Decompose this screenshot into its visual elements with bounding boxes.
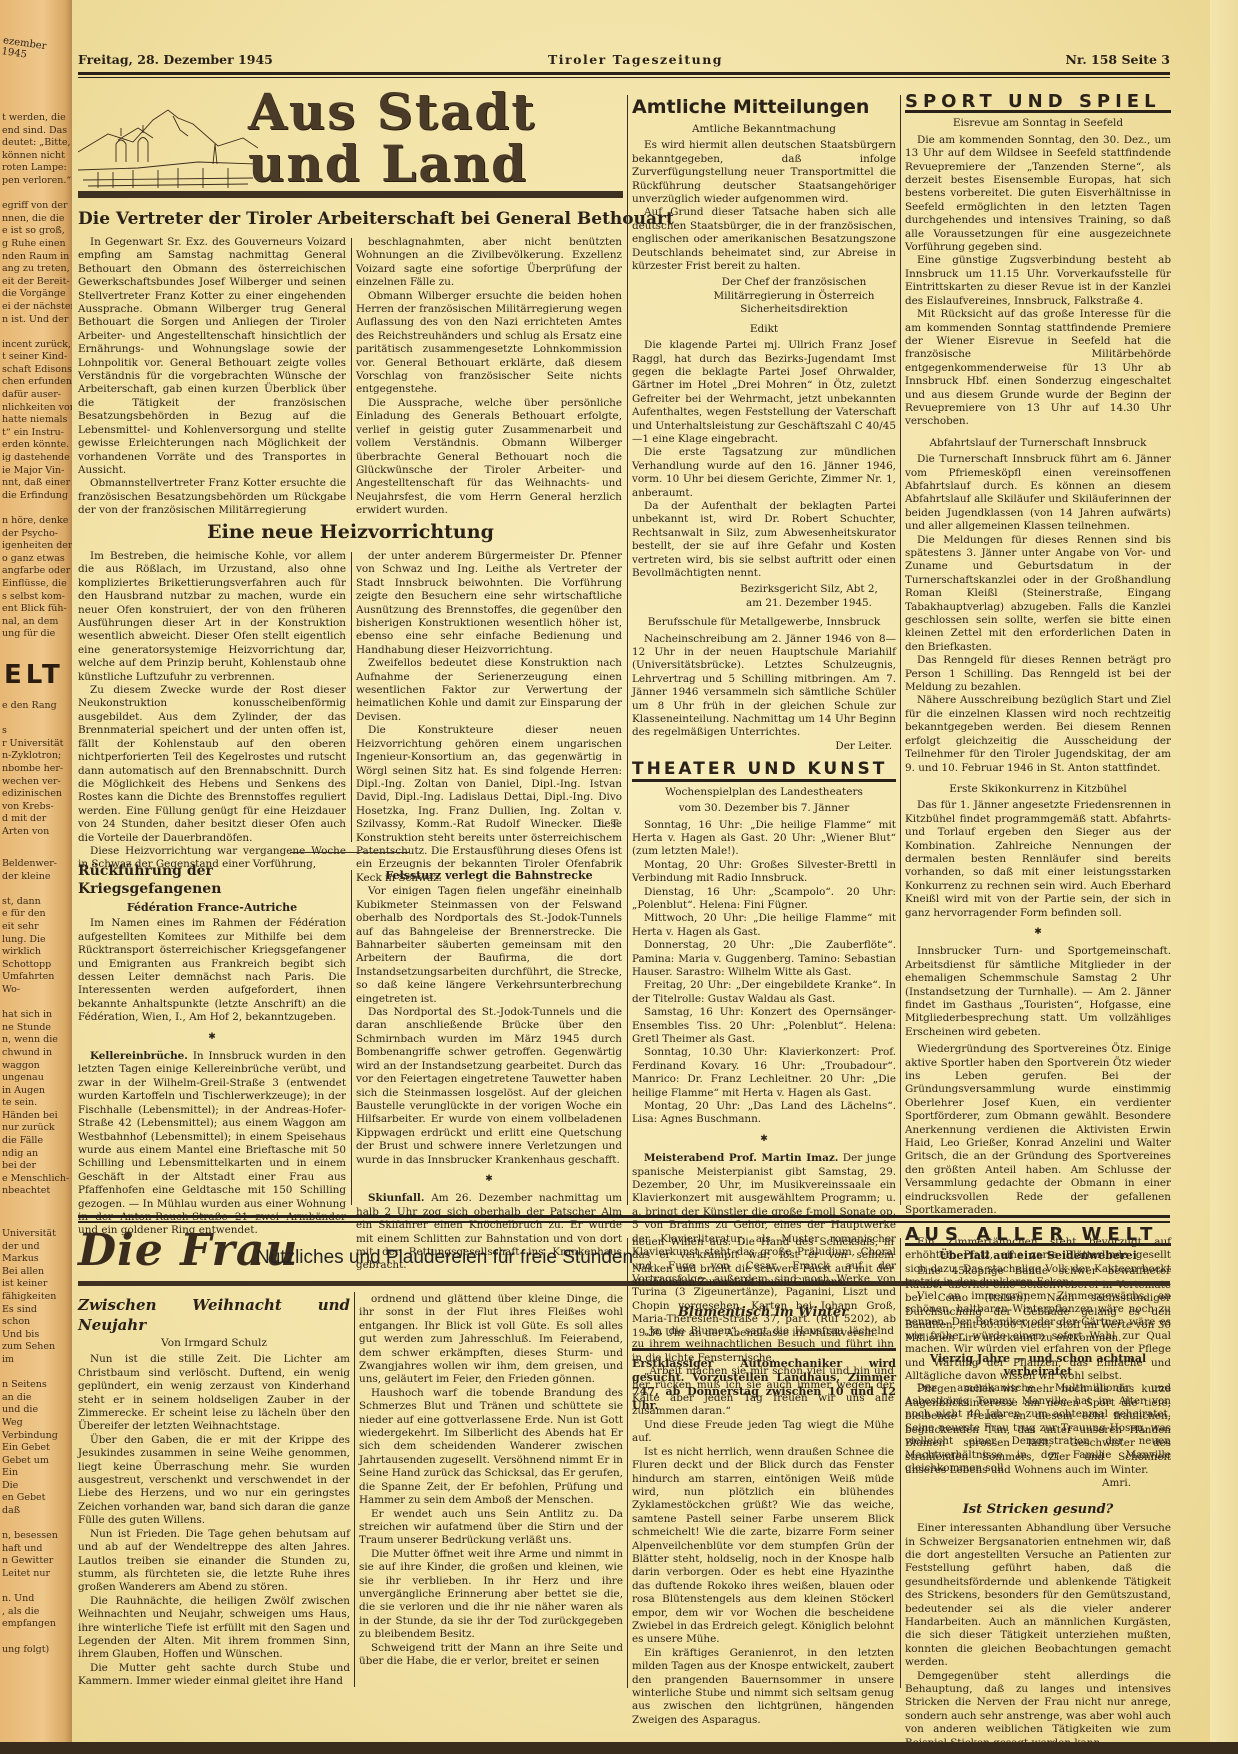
paragraph: Das Nordportal des St.-Jodok-Tunnels und… <box>356 1006 622 1167</box>
gutter-line: ang zu treten, <box>0 263 72 276</box>
lead: Meisterabend Prof. Martin Imaz. <box>644 1152 838 1164</box>
paragraph: Die Aussprache, welche über persönliche … <box>356 397 622 518</box>
gutter-line: e ist so groß, <box>0 225 72 238</box>
subhead-plan-range: vom 30. Dezember bis 7. Jänner <box>632 802 896 815</box>
paragraph: Ein kräftiges Geranienrot, in den letzte… <box>632 1647 894 1727</box>
gutter-line <box>0 326 72 339</box>
gutter-line: an die <box>0 1392 72 1405</box>
edikt-signature: Bezirksgericht Silz, Abt 2,am 21. Dezemb… <box>722 583 896 610</box>
headline-weihnacht: Zwischen Weihnacht und Neujahr <box>78 1295 350 1335</box>
paragraph: ordnend und glättend über kleine Dinge, … <box>359 1293 623 1387</box>
gutter-line: ne Stunde <box>0 1022 72 1035</box>
page-bottom-edge <box>0 1742 1238 1754</box>
headline-amtliche: Amtliche Mitteilungen <box>632 95 896 119</box>
paragraph: Es wird hiermit allen deutschen Staatsbü… <box>632 139 896 206</box>
gutter-line: hatte niemals <box>0 414 72 427</box>
gutter-line: ndig an <box>0 1148 72 1161</box>
gutter-line: Wo- <box>0 984 72 997</box>
headline-bethouart: Die Vertreter der Tiroler Arbeiterschaft… <box>78 208 623 230</box>
headline-theater: THEATER UND KUNST <box>632 763 896 781</box>
gutter-line: t“ ein Instru- <box>0 427 72 440</box>
article-heizung-col1: Im Bestreben, die heimische Kohle, vor a… <box>78 550 346 872</box>
paragraph: Zu diesem Zwecke wurde der Rost dieser N… <box>78 684 346 845</box>
gutter-line: ie Major Vin- <box>0 465 72 478</box>
gutter-line <box>0 997 72 1010</box>
gutter-line: Beldenwer- <box>0 858 72 871</box>
subhead-bekanntmachung: Amtliche Bekanntmachung <box>632 123 896 136</box>
gutter-line: angfarbe oder <box>0 565 72 578</box>
newspaper-name: Tiroler Tageszeitung <box>548 52 723 67</box>
gutter-line: Einflüsse, die <box>0 578 72 591</box>
gutter-line: ist keiner <box>0 1278 72 1291</box>
gutter-line: te sein. <box>0 1097 72 1110</box>
gutter-line: n, besessen <box>0 1530 72 1543</box>
gutter-line <box>0 502 72 515</box>
issue-date: Freitag, 28. Dezember 1945 <box>78 52 273 67</box>
gutter-line: eit sehr <box>0 921 72 934</box>
column-rule <box>627 1238 628 1688</box>
paragraph: Die Mutter geht sachte durch Stube und K… <box>78 1662 350 1689</box>
gutter-date: ezember 1945 <box>1 35 72 67</box>
paragraph: In Gegenwart Sr. Exz. des Gouverneurs Vo… <box>78 236 346 477</box>
subhead-eisrevue: Eisrevue am Sonntag in Seefeld <box>905 117 1171 130</box>
previous-page-gutter: ezember 1945 t werden, dieend sind. Dasd… <box>0 0 72 1754</box>
gutter-line: o ganz etwas <box>0 553 72 566</box>
paragraph: Mit Rücksicht auf das große Interesse fü… <box>905 308 1171 429</box>
gutter-line: n ist. Und der <box>0 314 72 327</box>
gutter-line: Schottopp <box>0 959 72 972</box>
paragraph: Einer interessanten Abhandlung über Vers… <box>905 1522 1171 1669</box>
gutter-line <box>0 1631 72 1644</box>
paragraph: Die Rauhnächte, die heiligen Zwölf zwisc… <box>78 1595 350 1662</box>
gutter-line: ung folgt) <box>0 1644 72 1657</box>
gutter-line <box>0 188 72 201</box>
paragraph: Ein Zimmertännchen steht bevorzugt auf e… <box>905 1236 1171 1290</box>
gutter-line: eit der Bereit- <box>0 276 72 289</box>
gutter-line: e für den <box>0 908 72 921</box>
gutter-line: chwund in <box>0 1047 72 1060</box>
gutter-line: Umfahrten <box>0 971 72 984</box>
oetz-body: Wiedergründung des Sportvereines Ötz. Ei… <box>905 1043 1171 1217</box>
gutter-line: s <box>0 725 72 738</box>
gutter-line: ent Blick füh- <box>0 603 72 616</box>
berufsschule-body: Nacheinschreibung am 2. Jänner 1946 von … <box>632 633 896 740</box>
separator-star: ✱ <box>78 1031 346 1044</box>
gutter-line: en Gebet <box>0 1492 72 1505</box>
edikt-body: Die klagende Partei mj. Ullrich Franz Jo… <box>632 339 896 580</box>
gutter-line: nur zurück <box>0 1122 72 1135</box>
section-banner-aus-stadt-und-land: Aus Stadt und Land <box>78 90 623 198</box>
gutter-line: empfangen <box>0 1618 72 1631</box>
gutter-line: bei der <box>0 1160 72 1173</box>
gutter-line: n Seitens <box>0 1379 72 1392</box>
lead: Skiunfall. <box>368 1192 424 1204</box>
gutter-line: fähigkeiten <box>0 1291 72 1304</box>
paragraph: der unter anderem Bürgermeister Dr. Pfen… <box>356 550 622 657</box>
column-rule <box>627 95 628 1205</box>
article-bethouart-col2: beschlagnahmten, aber nicht benützten Wo… <box>356 236 622 518</box>
separator-star: ✱ <box>905 926 1171 939</box>
article-kriegsgefangene: Rückführung der Kriegsgefangenen Fédérat… <box>78 862 346 1238</box>
subhead-berufsschule: Berufsschule für Metallgewerbe, Innsbruc… <box>632 616 896 629</box>
paragraph: Montag, 20 Uhr: Großes Silvester-Brettl … <box>632 859 896 886</box>
paragraph: Montag, 20 Uhr: „Das Land des Lächelns“.… <box>632 1100 896 1127</box>
paragraph: Nun ist die stille Zeit. Die Lichter am … <box>78 1353 350 1433</box>
body: In Innsbruck wurden in den letzten Tagen… <box>78 1050 346 1236</box>
gutter-line: hat sich in <box>0 1009 72 1022</box>
paragraph: Da der Aufenthalt der beklagten Partei u… <box>632 500 896 580</box>
column-rule <box>900 1238 901 1688</box>
gutter-line: haft und <box>0 1543 72 1556</box>
gutter-line: die Erfindung <box>0 490 72 503</box>
gutter-line: ei der nächsten <box>0 301 72 314</box>
article-weihnacht-col2: ordnend und glättend über kleine Dinge, … <box>359 1293 623 1668</box>
banner-title: Aus Stadt und Land <box>248 86 536 190</box>
masthead-rule <box>78 72 1170 78</box>
gutter-line: t seiner Kind- <box>0 351 72 364</box>
paragraph: Der Chef der französischen <box>692 276 896 289</box>
gutter-line: chen erfunden <box>0 376 72 389</box>
gutter-line: von Krebs- <box>0 801 72 814</box>
headline-kriegsgefangene: Rückführung der Kriegsgefangenen <box>78 862 346 898</box>
article-blumentisch-col4: Ein Zimmertännchen steht bevorzugt auf e… <box>905 1236 1171 1750</box>
headline-stricken: Ist Stricken gesund? <box>905 1503 1171 1516</box>
gutter-line: ung für die <box>0 628 72 641</box>
paragraph: Auf Grund dieser Tatsache haben sich all… <box>632 206 896 273</box>
paragraph: Die erste Tagsatzung zur mündlichen Verh… <box>632 446 896 500</box>
gutter-line: Verbindung <box>0 1430 72 1443</box>
paragraph: Zweifellos bedeutet diese Konstruktion n… <box>356 657 622 724</box>
paragraph: am 21. Dezember 1945. <box>722 597 896 610</box>
paragraph: Und diese Freude jeden Tag wiegt die Müh… <box>632 1419 894 1446</box>
paragraph: Die Konstrukteure dieser neuen Heizvorri… <box>356 724 622 885</box>
gutter-line: dafür auser- <box>0 389 72 402</box>
tsg-body: Innsbrucker Turn- und Sportgemeinschaft.… <box>905 945 1171 1039</box>
paragraph: Die Mutter öffnet weit ihre Arme und nim… <box>359 1548 623 1642</box>
byline: Von Irmgard Schulz <box>78 1337 350 1350</box>
gutter-welt-fragment: ELT <box>4 660 64 690</box>
gutter-line <box>0 1518 72 1531</box>
column-rule <box>351 870 352 1205</box>
gutter-text-a: t werden, dieend sind. Dasdeutet: „Bitte… <box>0 112 72 641</box>
gutter-line: Universität <box>0 1228 72 1241</box>
paragraph: „Ja, die Blumen“, sagt die Hausfrau läch… <box>632 1325 894 1365</box>
separator-star: ✱ <box>356 1173 622 1186</box>
paragraph: Das Renngeld für dieses Rennen beträgt p… <box>905 654 1171 694</box>
gutter-line: st, dann <box>0 896 72 909</box>
paragraph: Die Meldungen für dieses Rennen sind bis… <box>905 534 1171 655</box>
paragraph: Sonntag, 10.30 Uhr: Klavierkonzert: Prof… <box>632 1046 896 1100</box>
column-rule <box>351 238 352 500</box>
gutter-line: daß <box>0 1505 72 1518</box>
blumentisch-col3-body: „Ja, die Blumen“, sagt die Hausfrau läch… <box>632 1325 894 1727</box>
paragraph: Obmann Wilberger ersuchte die beiden hoh… <box>356 290 622 397</box>
felssturz-body: Vor einigen Tagen fielen ungefähr einein… <box>356 885 622 1167</box>
gutter-line: können nicht <box>0 150 72 163</box>
column-rule <box>354 1292 355 1687</box>
paragraph: Nun ist Frieden. Die Tage gehen behutsam… <box>78 1528 350 1595</box>
paragraph: Pflegen sollen wir mehr noch als das kur… <box>905 1383 1171 1477</box>
paragraph: Haushoch warf die tobende Brandung des S… <box>359 1387 623 1508</box>
gutter-line: edizinischen <box>0 788 72 801</box>
gutter-line: n. Und <box>0 1593 72 1606</box>
blumentisch-signature: Amri. <box>905 1477 1171 1490</box>
gutter-line: und die <box>0 1404 72 1417</box>
gutter-line: t werden, die <box>0 112 72 125</box>
article-keller: Kellereinbrüche. In Innsbruck wurden in … <box>78 1050 346 1238</box>
paragraph: Nähere Ausschreibung bezüglich Start und… <box>905 694 1171 774</box>
gutter-line: schon <box>0 1316 72 1329</box>
stricken-body: Einer interessanten Abhandlung über Vers… <box>905 1522 1171 1750</box>
banner-title-line1: Aus Stadt <box>248 86 536 138</box>
gutter-line: Leitet nur <box>0 1568 72 1581</box>
paragraph: „Arbeit machen sie mir schon viel und hi… <box>632 1365 894 1419</box>
gutter-line: roten Lampe: <box>0 162 72 175</box>
gutter-line: n, wenn die <box>0 1034 72 1047</box>
gutter-line: incent zurück, <box>0 339 72 352</box>
theater-schedule: Sonntag, 16 Uhr: „Die heilige Flamme“ mi… <box>632 819 896 1127</box>
separator-star: ✱ <box>632 1133 896 1146</box>
paragraph: Dienstag, 16 Uhr: „Scampolo“. 20 Uhr: „P… <box>632 886 896 913</box>
article-bethouart-col1: In Gegenwart Sr. Exz. des Gouverneurs Vo… <box>78 236 346 518</box>
gutter-line: nden Raum in <box>0 251 72 264</box>
abfahrtslauf-body: Die Turnerschaft Innsbruck führt am 6. J… <box>905 453 1171 775</box>
gutter-line: im <box>0 1354 72 1367</box>
headline-heizvorrichtung: Eine neue Heizvorrichtung <box>78 520 623 544</box>
subhead-federation: Fédération France-Autriche <box>78 901 346 914</box>
signature-lt: L. T. <box>580 818 620 831</box>
gutter-line: igenheiten der <box>0 540 72 553</box>
gutter-line: nlichkeiten vor <box>0 402 72 415</box>
bekanntmachung-signature: Der Chef der französischenMilitärregieru… <box>692 276 896 316</box>
gutter-line: n höre, denke <box>0 515 72 528</box>
gutter-line: Markus <box>0 1253 72 1266</box>
paragraph: Bezirksgericht Silz, Abt 2, <box>722 583 896 596</box>
subhead-wochenspielplan: Wochenspielplan des Landestheaters <box>632 786 896 799</box>
gutter-line: Bei allen <box>0 1266 72 1279</box>
gutter-line: schaft Edisons <box>0 364 72 377</box>
kitzbuehel-body: Das für 1. Jänner angesetzte Friedensren… <box>905 799 1171 920</box>
paragraph: Demgegenüber steht allerdings die Behaup… <box>905 1670 1171 1750</box>
paragraph: Mittwoch, 20 Uhr: „Die heilige Flamme“ m… <box>632 912 896 939</box>
gutter-line: nnen, die die <box>0 213 72 226</box>
gutter-line: Ein <box>0 1467 72 1480</box>
gutter-line: end sind. Das <box>0 125 72 138</box>
paragraph: Freitag, 20 Uhr: „Der eingebildete Krank… <box>632 979 896 1006</box>
gutter-text-c: Beldenwer-der kleine st, danne für denei… <box>0 858 72 1198</box>
column-rule <box>351 552 352 842</box>
paragraph: Im Bestreben, die heimische Kohle, vor a… <box>78 550 346 684</box>
banner-title-line2: und Land <box>248 138 536 190</box>
gutter-line: , als die <box>0 1606 72 1619</box>
gutter-line: in Augen <box>0 1085 72 1098</box>
gutter-text-b: e den Rang sr Universitätn-Zyklotron;nbo… <box>0 700 72 839</box>
gutter-line: die Fälle <box>0 1135 72 1148</box>
paragraph: Sonntag, 16 Uhr: „Die heilige Flamme“ mi… <box>632 819 896 859</box>
article-body: Im Namen eines im Rahmen der Fédération … <box>78 917 346 1024</box>
gutter-line: Es sind <box>0 1304 72 1317</box>
gutter-line <box>0 1581 72 1594</box>
weihnacht-col1-body: Nun ist die stille Zeit. Die Lichter am … <box>78 1353 350 1688</box>
issue-number: Nr. 158 Seite 3 <box>1065 52 1170 67</box>
gutter-line: r Universität <box>0 738 72 751</box>
article-blumentisch-col3: neuen Willen aus. Die Hand des Schicksal… <box>632 1236 894 1727</box>
gutter-line: nbombe her- <box>0 763 72 776</box>
blumentisch-col4-body: Ein Zimmertännchen steht bevorzugt auf e… <box>905 1236 1171 1477</box>
gutter-line: pen verloren.“ <box>0 175 72 188</box>
paragraph: Vor einigen Tagen fielen ungefähr einein… <box>356 885 622 1006</box>
paragraph: Die klagende Partei mj. Ullrich Franz Jo… <box>632 339 896 446</box>
paragraph: beschlagnahmten, aber nicht benützten Wo… <box>356 236 622 290</box>
innsbruck-skyline-icon <box>78 90 258 196</box>
paragraph: Sicherheitsdirektion <box>692 303 896 316</box>
gutter-line: nal, an dem <box>0 616 72 629</box>
gutter-line: Arten von <box>0 826 72 839</box>
gutter-line: erden könnte. <box>0 439 72 452</box>
paragraph: Samstag, 16 Uhr: Konzert des Opernsänger… <box>632 1006 896 1046</box>
gutter-line: nnt, daß einer <box>0 477 72 490</box>
gutter-line: n-Zyklotron; <box>0 750 72 763</box>
lead: Kellereinbrüche. <box>90 1050 188 1062</box>
die-frau-tagline: Nützliches und Plaudereien für freie Stu… <box>256 1247 633 1269</box>
headline-felssturz: Felssturz verlegt die Bahnstrecke <box>356 869 622 882</box>
gutter-line: zum Sehen <box>0 1341 72 1354</box>
gutter-line: n Gewitter <box>0 1555 72 1568</box>
gutter-line: Gebet um <box>0 1455 72 1468</box>
gutter-line: der Psycho- <box>0 528 72 541</box>
article-felssturz: Felssturz verlegt die Bahnstrecke Vor ei… <box>356 866 622 1273</box>
subhead-abfahrtslauf: Abfahrtslauf der Turnerschaft Innsbruck <box>905 437 1171 450</box>
gutter-line: wirklich <box>0 946 72 959</box>
paragraph: Eine günstige Zugsverbindung besteht ab … <box>905 254 1171 308</box>
gutter-line: der kleine <box>0 871 72 884</box>
headline-blumentisch: Blumentisch im Winter <box>632 1306 894 1319</box>
gutter-line: deutet: „Bitte, <box>0 137 72 150</box>
weihnacht-conclusion: neuen Willen aus. Die Hand des Schicksal… <box>632 1236 894 1290</box>
subhead-kitzbuehel: Erste Skikonkurrenz in Kitzbühel <box>905 783 1171 796</box>
gutter-line <box>0 1367 72 1380</box>
gutter-line: ig dastehende <box>0 452 72 465</box>
gutter-line: d mit der <box>0 813 72 826</box>
paragraph: Viel an immergrünem Zimmergewächs, an sc… <box>905 1290 1171 1384</box>
gutter-line: Die <box>0 1480 72 1493</box>
eisrevue-body: Die am kommenden Sonntag, den 30. Dez., … <box>905 134 1171 429</box>
gutter-line: e Menschlich- <box>0 1173 72 1186</box>
paragraph: Ist es nicht herrlich, wenn draußen Schn… <box>632 1446 894 1647</box>
gutter-line: Händen bei <box>0 1110 72 1123</box>
paragraph: Schweigend tritt der Mann an ihre Seite … <box>359 1642 623 1669</box>
bekanntmachung-body: Es wird hiermit allen deutschen Staatsbü… <box>632 139 896 273</box>
paragraph: Die Turnerschaft Innsbruck führt am 6. J… <box>905 453 1171 533</box>
gutter-line: s selbst kom- <box>0 591 72 604</box>
gutter-line: ungenau <box>0 1072 72 1085</box>
article-weihnacht-col1: Zwischen Weihnacht und Neujahr Von Irmga… <box>78 1295 350 1689</box>
paragraph: Über den Gaben, die er mit der Krippe de… <box>78 1434 350 1528</box>
gutter-line: nbeachtet <box>0 1185 72 1198</box>
gutter-line: lung. Die <box>0 934 72 947</box>
article-heizung-col2: der unter anderem Bürgermeister Dr. Pfen… <box>356 550 622 885</box>
gutter-line <box>0 713 72 726</box>
gutter-line: Weg <box>0 1417 72 1430</box>
gutter-line: wechen ver- <box>0 776 72 789</box>
gutter-line: Ein Gebet <box>0 1442 72 1455</box>
paragraph: Militärregierung in Österreich <box>692 290 896 303</box>
gutter-text-d: Universitätder undMarkusBei allenist kei… <box>0 1228 72 1656</box>
gutter-line: waggon <box>0 1060 72 1073</box>
divider <box>290 852 410 853</box>
gutter-line: g Ruhe einen <box>0 238 72 251</box>
double-rule <box>78 1215 1170 1223</box>
gutter-line: Und bis <box>0 1329 72 1342</box>
subhead-edikt: Edikt <box>632 323 896 336</box>
column-rule <box>900 95 901 1205</box>
paragraph: Er wendet auch uns Sein Antlitz zu. Da s… <box>359 1508 623 1548</box>
gutter-line <box>0 883 72 896</box>
page-right-margin <box>1210 0 1238 1754</box>
berufsschule-signature: Der Leiter. <box>632 740 896 753</box>
paragraph: Die am kommenden Sonntag, den 30. Dez., … <box>905 134 1171 255</box>
gutter-line: egriff von der <box>0 200 72 213</box>
paragraph: Donnerstag, 20 Uhr: „Die Zauberflöte“. P… <box>632 939 896 979</box>
headline-sport: SPORT UND SPIEL <box>905 95 1171 113</box>
paragraph: Obmannstellvertreter Franz Kotter ersuch… <box>78 477 346 517</box>
gutter-line: die Vorgänge <box>0 288 72 301</box>
gutter-line: der und <box>0 1241 72 1254</box>
banner-bar <box>78 191 623 198</box>
gutter-line: e den Rang <box>0 700 72 713</box>
